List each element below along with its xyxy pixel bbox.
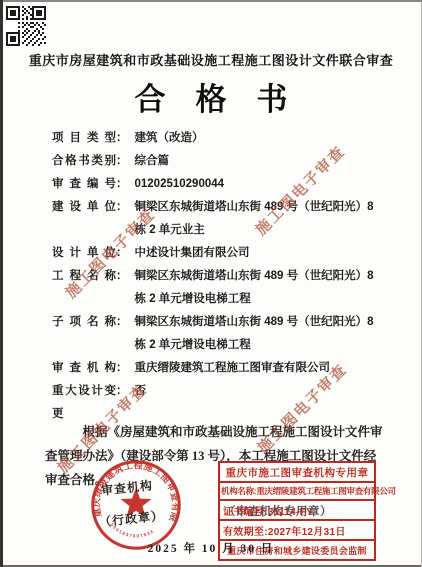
stamp-cert-row: 证书编号:31114-FY [220, 501, 374, 521]
issue-date: 2025 年 10 月 30 日 [0, 540, 422, 556]
agency-round-seal: 重庆缙陵建筑工程施工图审查有限公司 5001937607932 [88, 457, 184, 553]
field-label: 审查编号 [52, 173, 116, 196]
colon: ： [116, 242, 128, 265]
fields-section: 项目类型：建筑（改造） 合格书类别：综合篇 审查编号：0120251029004… [52, 127, 386, 426]
field-value: 铜梁区东城街道塔山东街 489 号（世纪阳光）8 栋 2 单元增设电梯工程 [135, 311, 387, 357]
field-label: 审查机构 [52, 357, 116, 380]
field-row-review-number: 审查编号：01202510290044 [52, 173, 386, 196]
field-value: 铜梁区东城街道塔山东街 489 号（世纪阳光）8 栋 2 单元业主 [135, 196, 387, 242]
colon: ： [116, 357, 128, 380]
field-row-subproject-name: 子项名称：铜梁区东城街道塔山东街 489 号（世纪阳光）8 栋 2 单元增设电梯… [52, 311, 386, 357]
field-label: 子项名称 [52, 311, 116, 334]
field-label: 设计单位 [52, 242, 116, 265]
certificate-page: 重庆市房屋建筑和市政基础设施工程施工图设计文件联合审查 合格书 项目类型：建筑（… [0, 0, 422, 567]
field-value: 建筑（改造） [135, 127, 387, 150]
field-label: 合格书类别 [52, 150, 116, 173]
colon: ： [116, 173, 128, 196]
field-row-project-name: 工程名称：铜梁区东城街道塔山东街 489 号（世纪阳光）8 栋 2 单元增设电梯… [52, 265, 386, 311]
field-label: 建设单位 [52, 196, 116, 219]
field-row-construction-unit: 建设单位：铜梁区东城街道塔山东街 489 号（世纪阳光）8 栋 2 单元业主 [52, 196, 386, 242]
field-label: 工程名称 [52, 265, 116, 288]
field-value: 铜梁区东城街道塔山东街 489 号（世纪阳光）8 栋 2 单元增设电梯工程 [135, 265, 387, 311]
field-row-certificate-category: 合格书类别：综合篇 [52, 150, 386, 173]
colon: ： [116, 150, 128, 173]
field-row-review-agency: 审查机构：重庆缙陵建筑工程施工图审查有限公司 [52, 357, 386, 380]
stamp-org-row: 机构名称:重庆缙陵建筑工程施工图审查有限公司 [220, 483, 374, 501]
colon: ： [116, 196, 128, 219]
field-value: 重庆缙陵建筑工程施工图审查有限公司 [135, 357, 387, 380]
field-label: 项目类型 [52, 127, 116, 150]
qr-code [6, 6, 46, 46]
colon: ： [116, 380, 128, 403]
field-row-design-unit: 设计单位：中述设计集团有限公司 [52, 242, 386, 265]
field-row-project-type: 项目类型：建筑（改造） [52, 127, 386, 150]
certificate-title: 合格书 [0, 74, 422, 119]
field-value: 01202510290044 [135, 173, 387, 196]
colon: ： [116, 265, 128, 288]
field-value: 否 [135, 380, 387, 403]
header-title: 重庆市房屋建筑和市政基础设施工程施工图设计文件联合审查 [0, 50, 422, 69]
colon: ： [116, 311, 128, 334]
colon: ： [116, 127, 128, 150]
field-value: 综合篇 [135, 150, 387, 173]
stamp-valid-row: 有效期至:2027年12月31日 [220, 521, 374, 541]
field-value: 中述设计集团有限公司 [135, 242, 387, 265]
stamp-title: 重庆市施工图审查机构专用章 [220, 463, 374, 483]
